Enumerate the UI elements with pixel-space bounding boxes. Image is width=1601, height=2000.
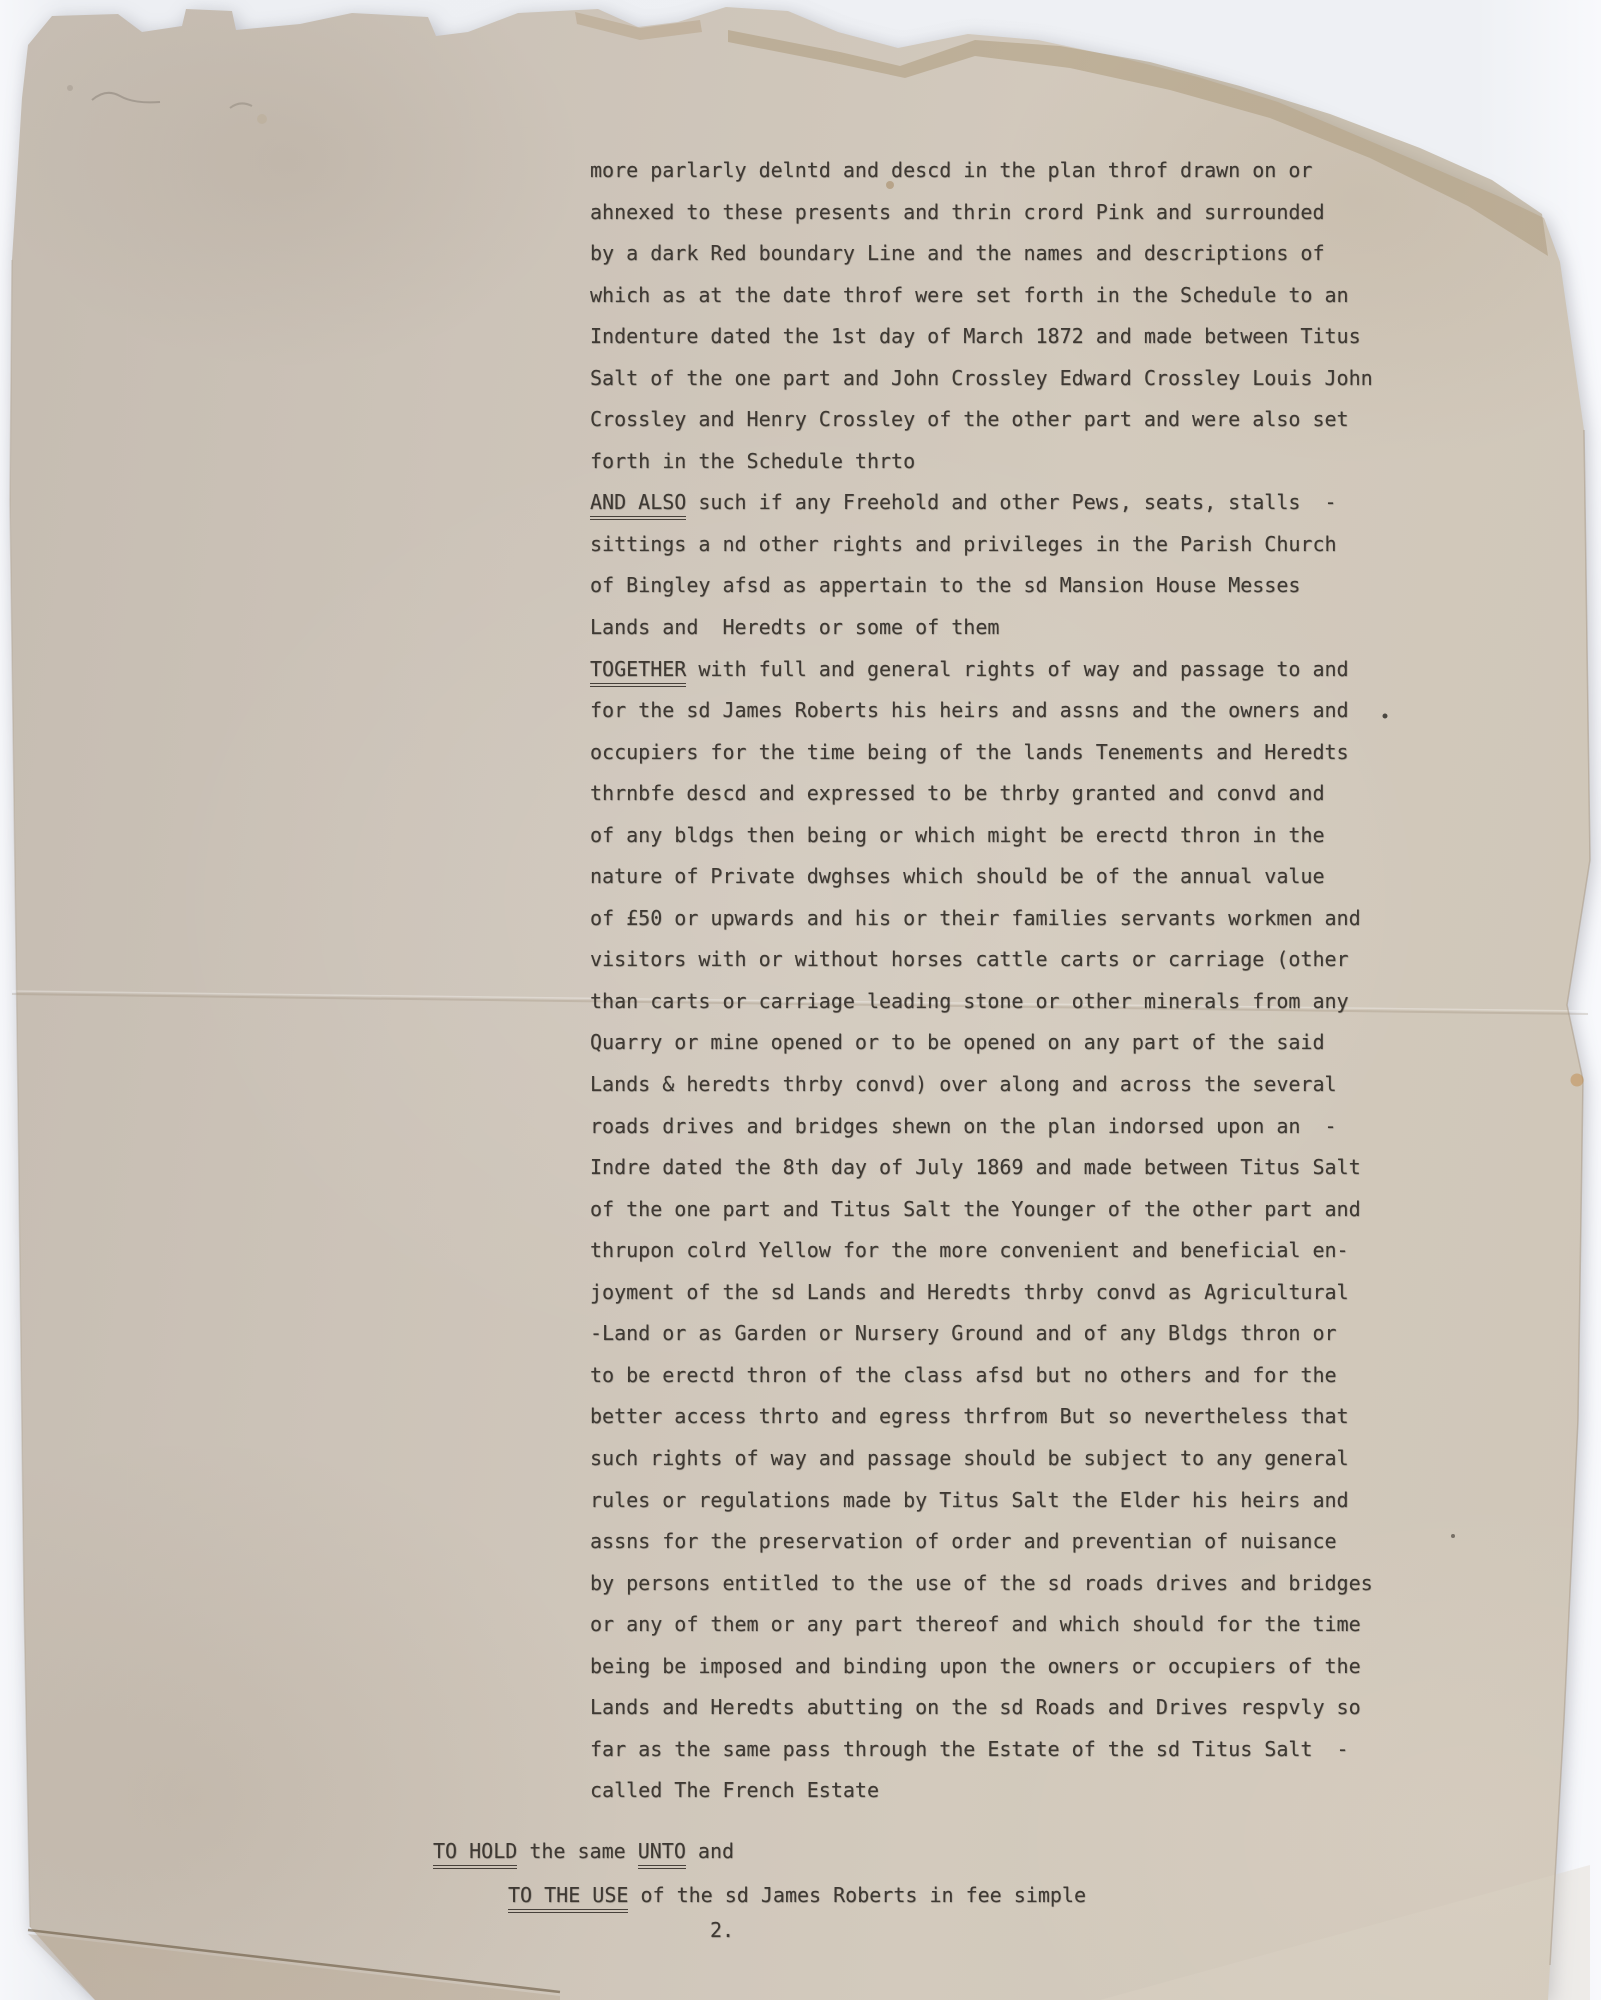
- text-segment: the same: [517, 1839, 637, 1863]
- underlined-phrase: UNTO: [638, 1839, 686, 1869]
- text-line: Quarry or mine opened or to be opened on…: [590, 1022, 1373, 1064]
- text-segment: of any bldgs then being or which might b…: [590, 823, 1325, 847]
- scanned-document-background: more parlarly delntd and descd in the pl…: [0, 0, 1601, 2000]
- text-line: of the one part and Titus Salt the Young…: [590, 1189, 1373, 1231]
- text-line: sittings a nd other rights and privilege…: [590, 524, 1373, 566]
- text-segment: Crossley and Henry Crossley of the other…: [590, 407, 1349, 431]
- text-line: assns for the preservation of order and …: [590, 1521, 1373, 1563]
- text-line: far as the same pass through the Estate …: [590, 1729, 1373, 1771]
- text-line: joyment of the sd Lands and Heredts thrb…: [590, 1272, 1373, 1314]
- text-line: TO THE USE of the sd James Roberts in fe…: [508, 1882, 1086, 1908]
- text-segment: joyment of the sd Lands and Heredts thrb…: [590, 1280, 1349, 1304]
- text-line: of £50 or upwards and his or their famil…: [590, 898, 1373, 940]
- text-line: more parlarly delntd and descd in the pl…: [590, 150, 1373, 192]
- text-segment: by a dark Red boundary Line and the name…: [590, 241, 1325, 265]
- underlined-phrase: TOGETHER: [590, 657, 686, 687]
- text-line: rules or regulations made by Titus Salt …: [590, 1480, 1373, 1522]
- text-line: Crossley and Henry Crossley of the other…: [590, 399, 1373, 441]
- deed-body-text: more parlarly delntd and descd in the pl…: [590, 150, 1373, 1812]
- text-segment: of the one part and Titus Salt the Young…: [590, 1197, 1361, 1221]
- text-segment: assns for the preservation of order and …: [590, 1529, 1337, 1553]
- text-segment: than carts or carriage leading stone or …: [590, 989, 1349, 1013]
- text-segment: occupiers for the time being of the land…: [590, 740, 1349, 764]
- text-line: of Bingley afsd as appertain to the sd M…: [590, 565, 1373, 607]
- text-line: for the sd James Roberts his heirs and a…: [590, 690, 1373, 732]
- text-line: Lands and Heredts or some of them: [590, 607, 1373, 649]
- text-segment: sittings a nd other rights and privilege…: [590, 532, 1337, 556]
- text-line: to be erectd thron of the class afsd but…: [590, 1355, 1373, 1397]
- text-line: TOGETHER with full and general rights of…: [590, 649, 1373, 691]
- text-segment: or any of them or any part thereof and w…: [590, 1612, 1361, 1636]
- text-line: thrupon colrd Yellow for the more conven…: [590, 1230, 1373, 1272]
- text-segment: of the sd James Roberts in fee simple: [628, 1883, 1086, 1907]
- text-line: than carts or carriage leading stone or …: [590, 981, 1373, 1023]
- text-segment: Indenture dated the 1st day of March 187…: [590, 324, 1361, 348]
- text-line: Lands and Heredts abutting on the sd Roa…: [590, 1687, 1373, 1729]
- text-line: roads drives and bridges shewn on the pl…: [590, 1106, 1373, 1148]
- text-segment: of £50 or upwards and his or their famil…: [590, 906, 1361, 930]
- text-segment: called The French Estate: [590, 1778, 879, 1802]
- text-line: Indenture dated the 1st day of March 187…: [590, 316, 1373, 358]
- underlined-phrase: AND ALSO: [590, 490, 686, 520]
- text-segment: and: [686, 1839, 734, 1863]
- underlined-phrase: TO HOLD: [433, 1839, 517, 1869]
- text-segment: of Bingley afsd as appertain to the sd M…: [590, 573, 1300, 597]
- text-segment: visitors with or without horses cattle c…: [590, 947, 1349, 971]
- to-hold-line: TO HOLD the same UNTO and: [433, 1838, 734, 1864]
- text-segment: thrnbfe descd and expressed to be thrby …: [590, 781, 1325, 805]
- text-line: being be imposed and binding upon the ow…: [590, 1646, 1373, 1688]
- text-segment: far as the same pass through the Estate …: [590, 1737, 1349, 1761]
- text-segment: -Land or as Garden or Nursery Ground and…: [590, 1321, 1337, 1345]
- text-segment: such rights of way and passage should be…: [590, 1446, 1349, 1470]
- text-line: visitors with or without horses cattle c…: [590, 939, 1373, 981]
- text-line: by persons entitled to the use of the sd…: [590, 1563, 1373, 1605]
- text-line: occupiers for the time being of the land…: [590, 732, 1373, 774]
- text-line: AND ALSO such if any Freehold and other …: [590, 482, 1373, 524]
- text-segment: Salt of the one part and John Crossley E…: [590, 366, 1373, 390]
- text-segment: to be erectd thron of the class afsd but…: [590, 1363, 1337, 1387]
- text-segment: roads drives and bridges shewn on the pl…: [590, 1114, 1337, 1138]
- text-segment: better access thrto and egress thrfrom B…: [590, 1404, 1349, 1428]
- text-line: nature of Private dwghses which should b…: [590, 856, 1373, 898]
- text-segment: such if any Freehold and other Pews, sea…: [686, 490, 1336, 514]
- page-number: 2.: [710, 1918, 734, 1942]
- text-segment: forth in the Schedule thrto: [590, 449, 915, 473]
- text-line: -Land or as Garden or Nursery Ground and…: [590, 1313, 1373, 1355]
- text-segment: ahnexed to these presents and thrin cror…: [590, 200, 1325, 224]
- text-line: Lands & heredts thrby convd) over along …: [590, 1064, 1373, 1106]
- text-segment: Indre dated the 8th day of July 1869 and…: [590, 1155, 1361, 1179]
- text-line: which as at the date throf were set fort…: [590, 275, 1373, 317]
- text-segment: more parlarly delntd and descd in the pl…: [590, 158, 1312, 182]
- text-segment: Lands & heredts thrby convd) over along …: [590, 1072, 1337, 1096]
- text-line: Salt of the one part and John Crossley E…: [590, 358, 1373, 400]
- text-segment: Lands and Heredts abutting on the sd Roa…: [590, 1695, 1361, 1719]
- text-line: such rights of way and passage should be…: [590, 1438, 1373, 1480]
- text-line: by a dark Red boundary Line and the name…: [590, 233, 1373, 275]
- text-line: called The French Estate: [590, 1770, 1373, 1812]
- text-segment: Lands and Heredts or some of them: [590, 615, 999, 639]
- text-line: forth in the Schedule thrto: [590, 441, 1373, 483]
- text-segment: thrupon colrd Yellow for the more conven…: [590, 1238, 1349, 1262]
- text-segment: nature of Private dwghses which should b…: [590, 864, 1325, 888]
- text-line: or any of them or any part thereof and w…: [590, 1604, 1373, 1646]
- text-line: ahnexed to these presents and thrin cror…: [590, 192, 1373, 234]
- text-line: TO HOLD the same UNTO and: [433, 1838, 734, 1864]
- text-segment: by persons entitled to the use of the sd…: [590, 1571, 1373, 1595]
- text-segment: for the sd James Roberts his heirs and a…: [590, 698, 1349, 722]
- text-segment: being be imposed and binding upon the ow…: [590, 1654, 1361, 1678]
- to-the-use-line: TO THE USE of the sd James Roberts in fe…: [508, 1882, 1086, 1908]
- text-line: Indre dated the 8th day of July 1869 and…: [590, 1147, 1373, 1189]
- text-segment: which as at the date throf were set fort…: [590, 283, 1349, 307]
- text-segment: rules or regulations made by Titus Salt …: [590, 1488, 1349, 1512]
- underlined-phrase: TO THE USE: [508, 1883, 628, 1913]
- text-line: thrnbfe descd and expressed to be thrby …: [590, 773, 1373, 815]
- text-segment: Quarry or mine opened or to be opened on…: [590, 1030, 1325, 1054]
- text-line: better access thrto and egress thrfrom B…: [590, 1396, 1373, 1438]
- text-segment: with full and general rights of way and …: [686, 657, 1348, 681]
- text-line: of any bldgs then being or which might b…: [590, 815, 1373, 857]
